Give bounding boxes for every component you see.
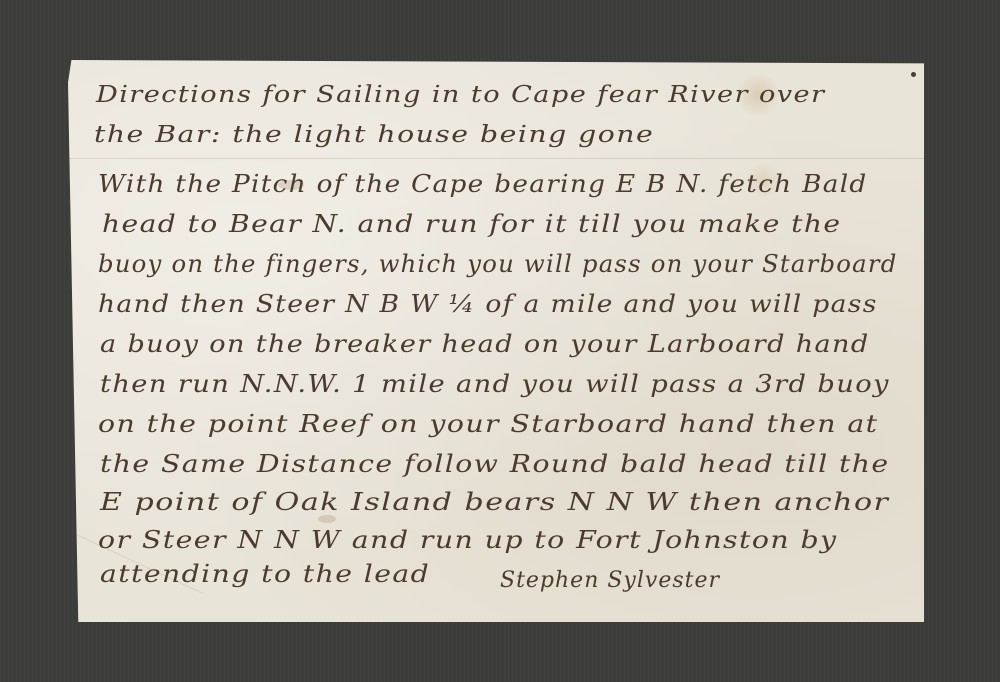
body-line-2: head to Bear N. and run for it till you … [102,210,841,238]
body-line-3: buoy on the fingers, which you will pass… [98,250,898,278]
signature: Stephen Sylvester [500,568,720,593]
manuscript-page: Directions for Sailing in to Cape fear R… [68,60,924,622]
body-line-4: hand then Steer N B W ¼ of a mile and yo… [98,290,878,318]
pin-hole [911,72,916,77]
fold-line [68,158,924,159]
body-line-9: E point of Oak Island bears N N W then a… [100,488,889,516]
title-line-1: Directions for Sailing in to Cape fear R… [96,82,825,108]
body-line-11: attending to the lead [100,560,430,588]
body-line-5: a buoy on the breaker head on your Larbo… [100,330,870,358]
ink-stain [318,515,336,523]
title-line-2: the Bar: the light house being gone [94,122,654,148]
body-line-7: on the point Reef on your Starboard hand… [98,410,878,438]
body-line-10: or Steer N N W and run up to Fort Johnst… [98,526,838,554]
body-line-6: then run N.N.W. 1 mile and you will pass… [100,370,890,398]
body-line-1: With the Pitch of the Cape bearing E B N… [98,170,868,198]
body-line-8: the Same Distance follow Round bald head… [100,450,890,478]
